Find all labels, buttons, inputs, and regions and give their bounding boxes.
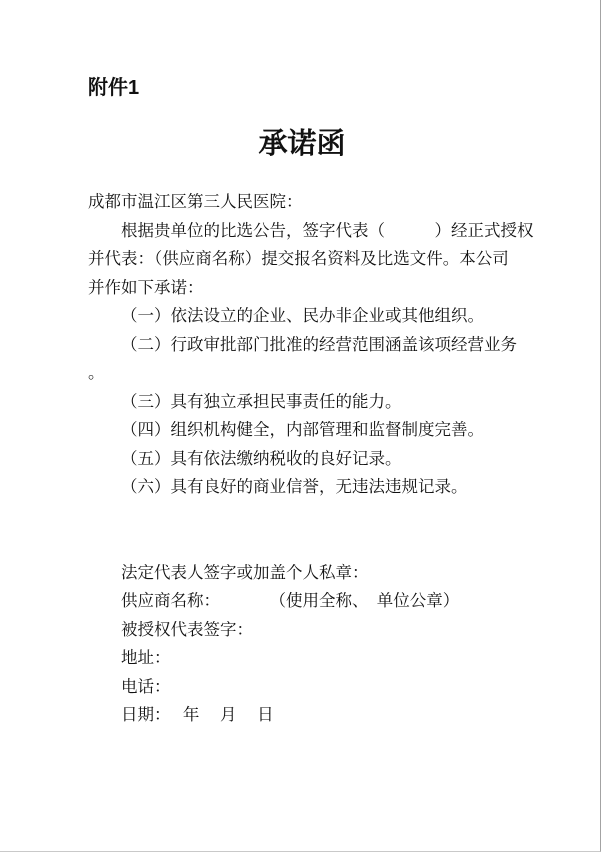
signature-line-date: 日期： 年 月 日: [88, 701, 516, 730]
body-line-item-3: （三）具有独立承担民事责任的能力。: [88, 388, 516, 417]
signature-block: 法定代表人签字或加盖个人私章： 供应商名称： （使用全称、 单位公章） 被授权代…: [88, 559, 516, 730]
signature-line-phone: 电话：: [88, 673, 516, 702]
body-line-item-6: （六）具有良好的商业信誉，无违法违规记录。: [88, 473, 516, 502]
signature-line-legal-rep: 法定代表人签字或加盖个人私章：: [88, 559, 516, 588]
document-title: 承诺函: [88, 122, 516, 166]
body-line-item-2-continued: 。: [88, 359, 516, 388]
signature-line-address: 地址：: [88, 644, 516, 673]
body-line-item-4: （四）组织机构健全，内部管理和监督制度完善。: [88, 416, 516, 445]
body-line: 根据贵单位的比选公告，签字代表（ ）经正式授权: [88, 217, 516, 246]
salutation-line: 成都市温江区第三人民医院：: [88, 188, 516, 217]
body-line: 并代表：（供应商名称）提交报名资料及比选文件。本公司: [88, 245, 516, 274]
body-line: 并作如下承诺：: [88, 274, 516, 303]
attachment-label: 附件1: [88, 74, 516, 102]
body-line-item-5: （五）具有依法缴纳税收的良好记录。: [88, 445, 516, 474]
document-body: 成都市温江区第三人民医院： 根据贵单位的比选公告，签字代表（ ）经正式授权 并代…: [88, 188, 516, 502]
signature-line-authorized-rep: 被授权代表签字：: [88, 616, 516, 645]
document-page: 附件1 承诺函 成都市温江区第三人民医院： 根据贵单位的比选公告，签字代表（ ）…: [0, 0, 601, 852]
body-line-item-1: （一）依法设立的企业、民办非企业或其他组织。: [88, 302, 516, 331]
signature-line-supplier-name: 供应商名称： （使用全称、 单位公章）: [88, 587, 516, 616]
body-line-item-2: （二）行政审批部门批准的经营范围涵盖该项经营业务: [88, 331, 516, 360]
